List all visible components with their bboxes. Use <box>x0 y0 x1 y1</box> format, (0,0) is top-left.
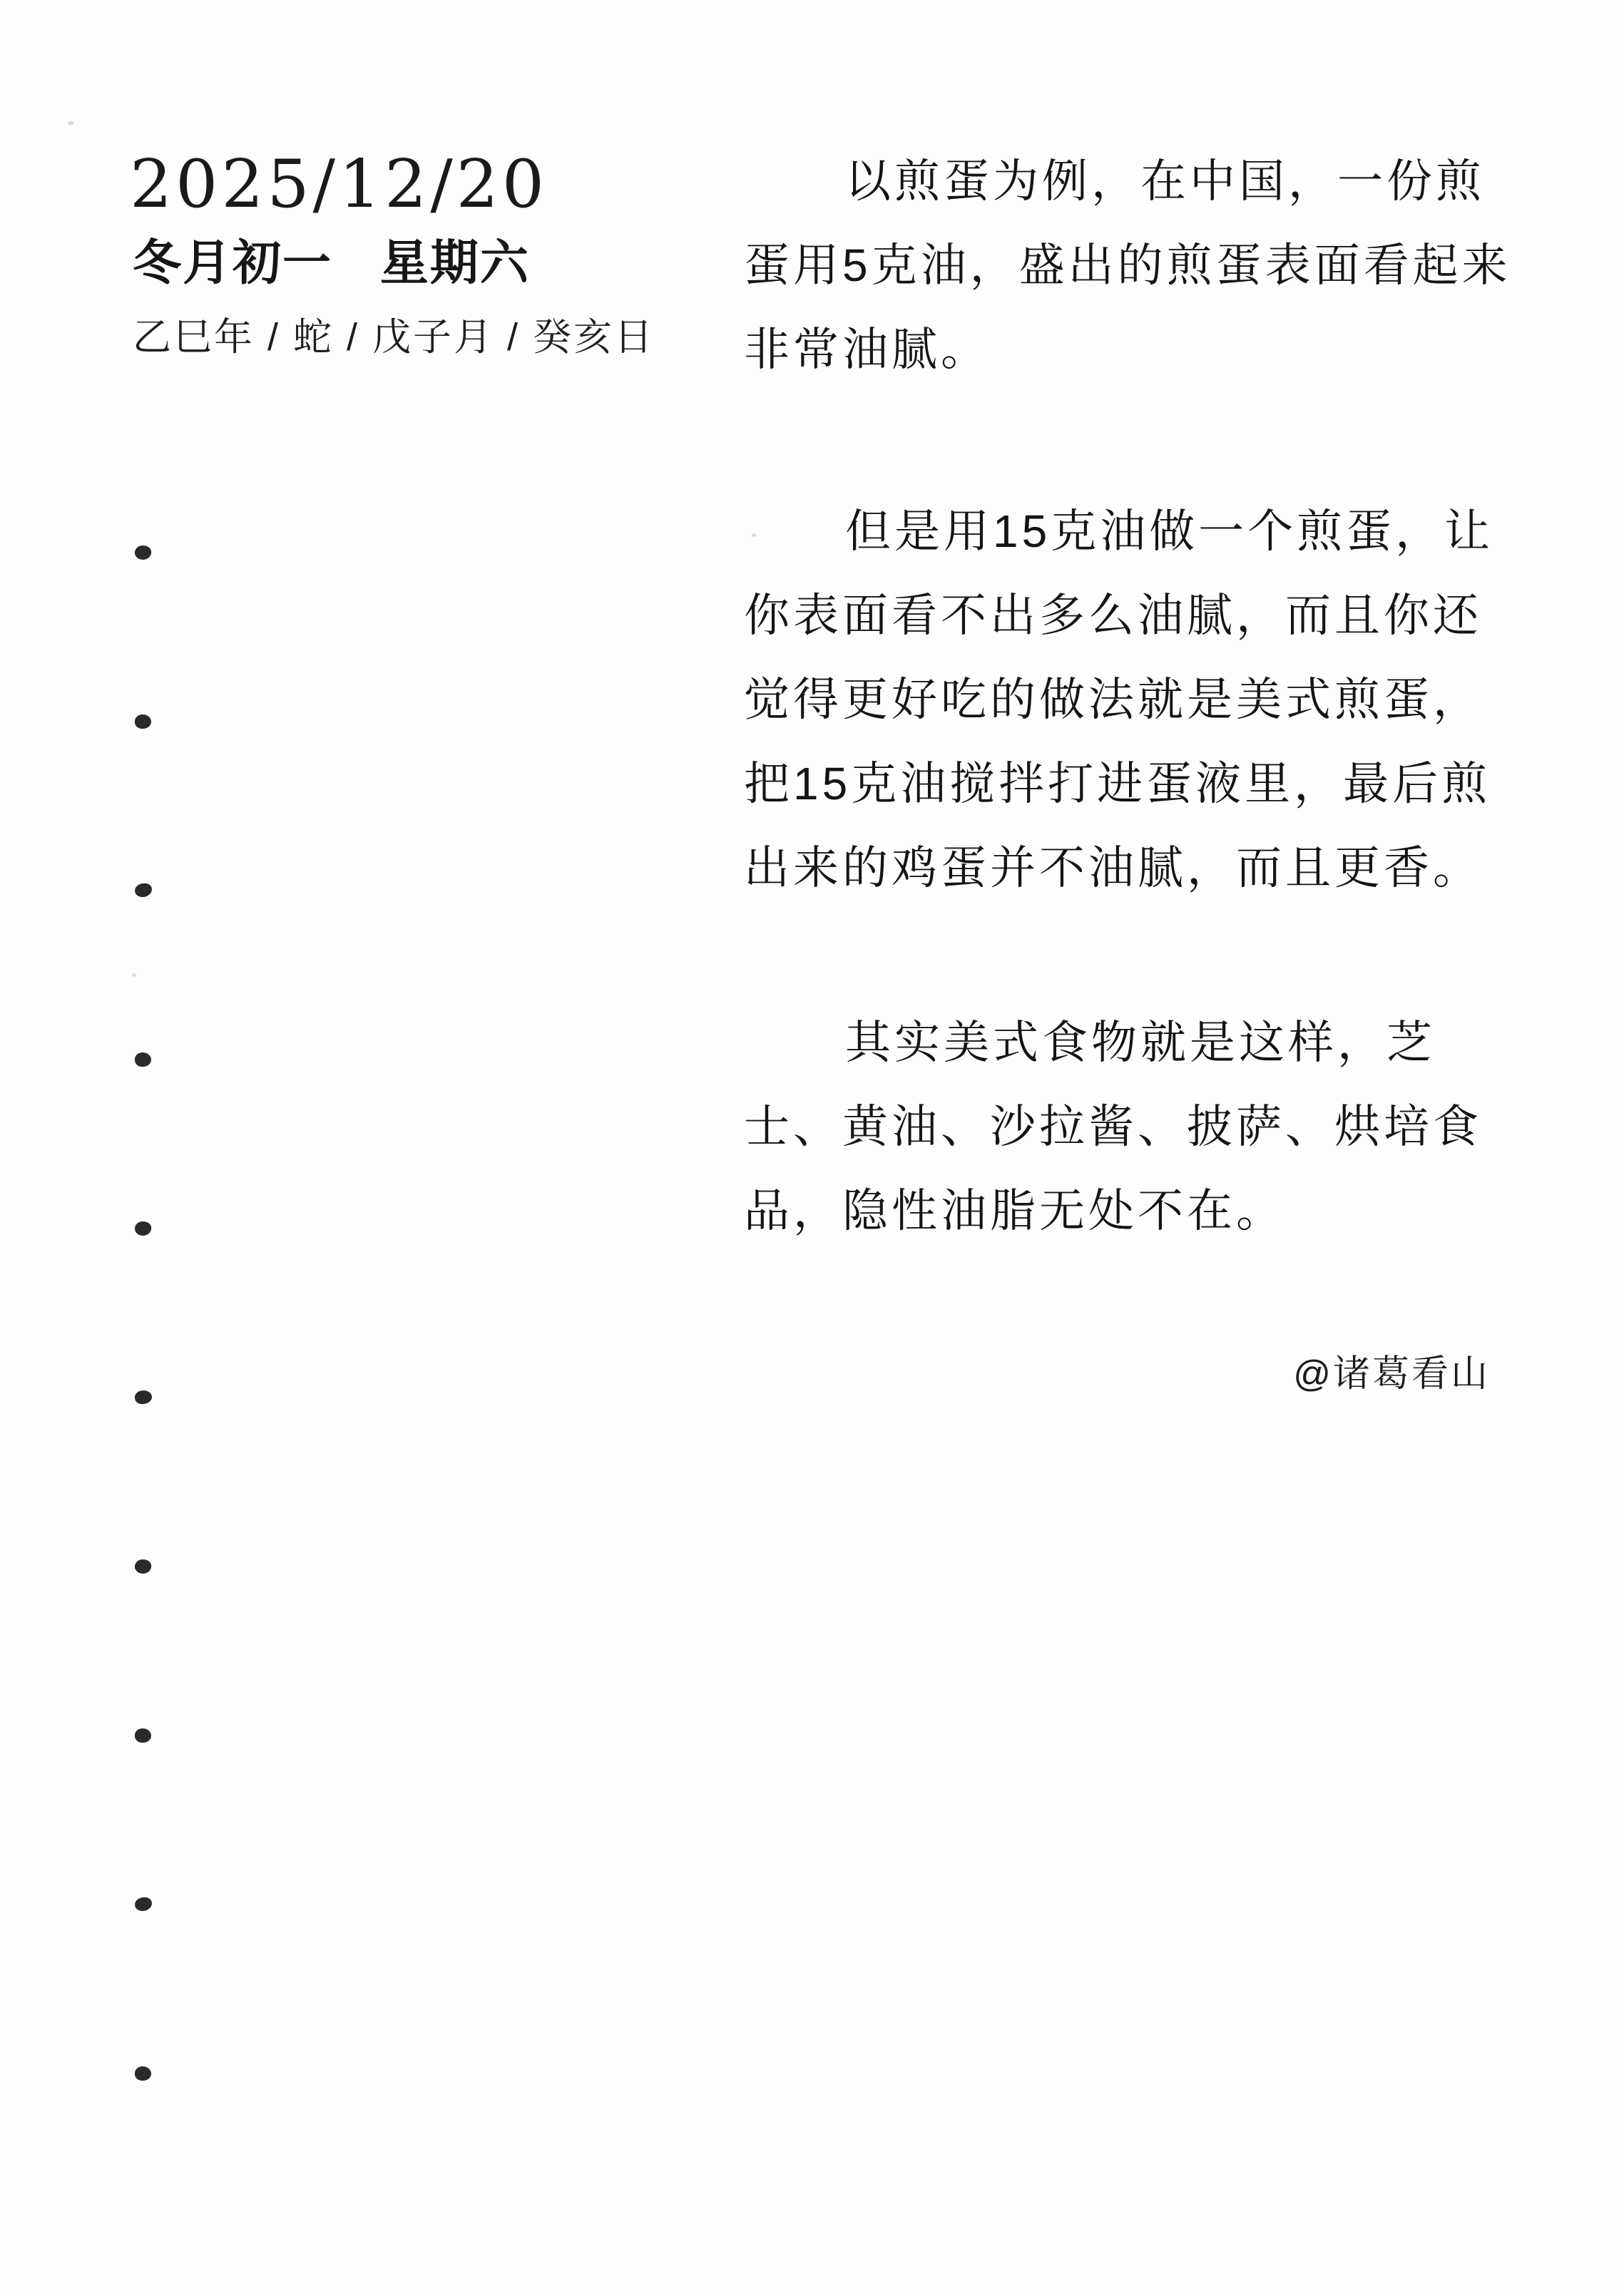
gregorian-date: 2025/12/20 <box>130 151 548 217</box>
margin-dot <box>135 1052 151 1067</box>
ganzhi-zodiac-line: 乙巳年 / 蛇 / 戊子月 / 癸亥日 <box>133 317 655 359</box>
paragraph-american-fried-egg: 但是用15克油做一个煎蛋，让 你表面看不出多么油腻，而且你还 觉得更好吃的做法就… <box>744 489 1543 910</box>
margin-dot <box>135 714 151 729</box>
scan-speck <box>752 533 756 537</box>
scan-speck <box>132 973 136 977</box>
lunar-date: 冬月初一 星期六 <box>133 235 530 291</box>
author-attribution: @诸葛看山 <box>744 1352 1490 1396</box>
scan-speck <box>68 121 73 125</box>
margin-dot <box>134 883 153 898</box>
margin-dot <box>134 1220 153 1236</box>
margin-dot <box>134 544 153 560</box>
margin-dot <box>135 2066 151 2081</box>
margin-dot-column <box>0 0 185 2296</box>
paragraph-american-food-hidden-fat: 其实美式食物就是这样，芝 士、黄油、沙拉酱、披萨、烘培食 品，隐性油脂无处不在。 <box>744 1000 1543 1253</box>
paragraph-fried-egg-china: 以煎蛋为例，在中国，一份煎 蛋用5克油，盛出的煎蛋表面看起来 非常油腻。 <box>744 139 1543 391</box>
margin-dot <box>134 1558 153 1574</box>
margin-dot <box>134 1897 153 1912</box>
margin-dot <box>135 1728 151 1743</box>
margin-dot <box>134 1390 153 1405</box>
scanned-calendar-page: 2025/12/20 冬月初一 星期六 乙巳年 / 蛇 / 戊子月 / 癸亥日 … <box>0 0 1624 2296</box>
